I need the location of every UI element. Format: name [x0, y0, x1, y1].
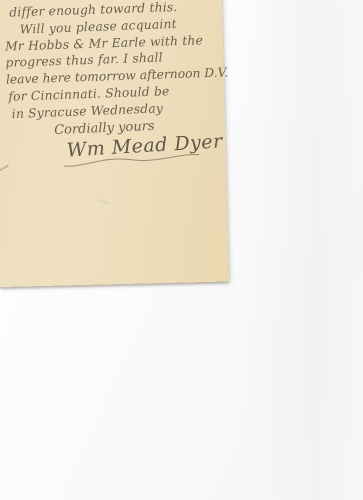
pencil-mark [0, 164, 9, 170]
paper-blemish [96, 199, 110, 206]
scan-background: differ enough toward this. Will you plea… [0, 0, 363, 500]
letter-paper: differ enough toward this. Will you plea… [0, 0, 229, 287]
backing-sheet-shade [243, 0, 363, 500]
letter-body: differ enough toward this. Will you plea… [3, 0, 220, 160]
